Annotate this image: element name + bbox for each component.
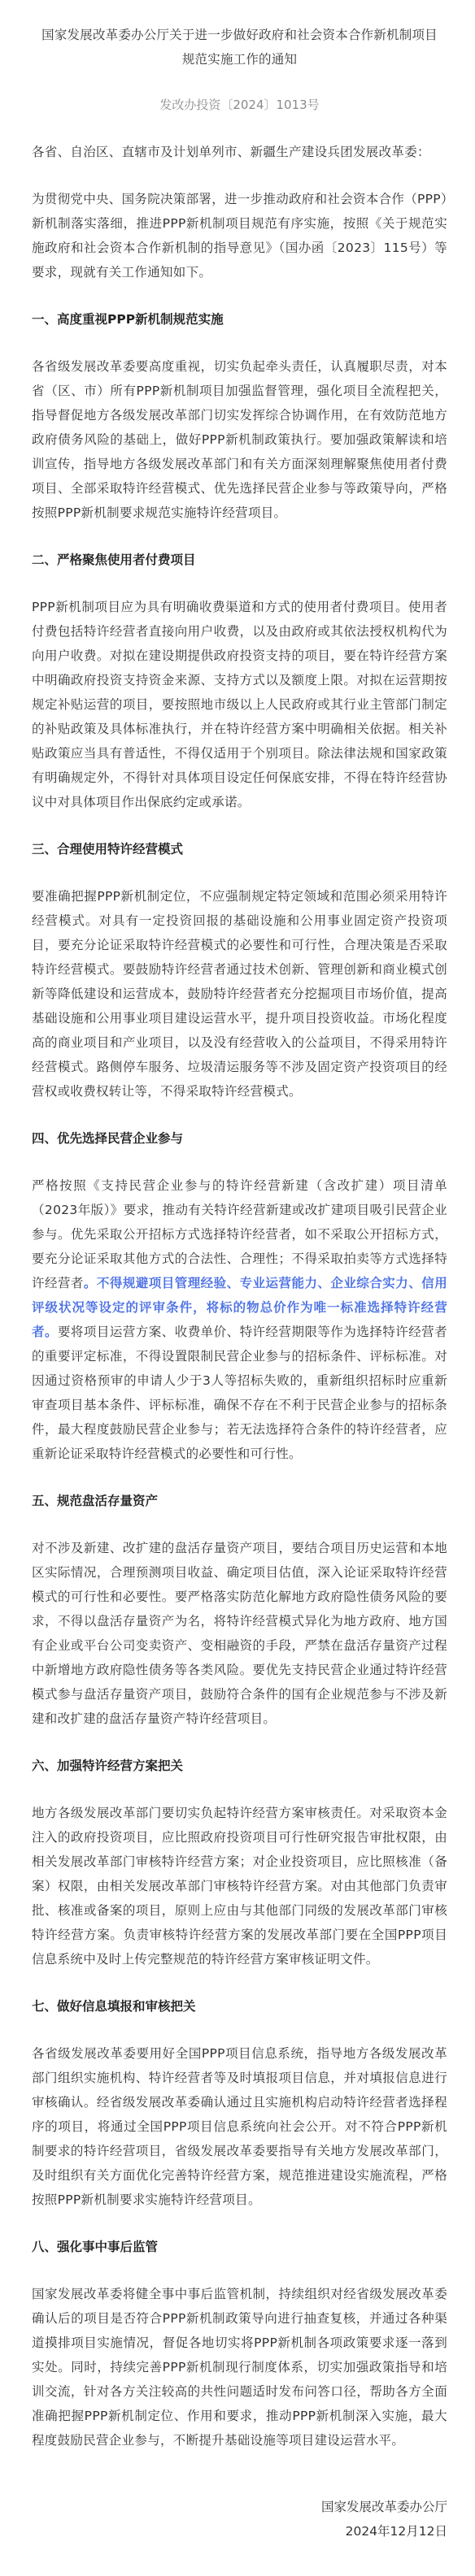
section-4-heading: 四、优先选择民营企业参与 [32,1126,447,1151]
section-7-heading: 七、做好信息填报和审核把关 [32,1994,447,2019]
section-2-heading: 二、严格聚焦使用者付费项目 [32,548,447,572]
section-1-heading: 一、高度重视PPP新机制规范实施 [32,307,447,332]
section-3-heading: 三、合理使用特许经营模式 [32,837,447,861]
intro-paragraph: 为贯彻党中央、国务院决策部署，进一步推动政府和社会资本合作（PPP）新机制落实落… [32,187,447,284]
section-6-body: 地方各级发展改革部门要切实负起特许经营方案审核责任。对采取资本金注入的政府投资项… [32,1801,447,1971]
section-4-body-end: 要将项目运营方案、收费单价、特许经营期限等作为选择特许经营者的重要评定标准，不得… [32,1325,447,1461]
section-5-heading: 五、规范盘活存量资产 [32,1489,447,1513]
section-6-heading: 六、加强特许经营方案把关 [32,1754,447,1778]
section-4-body: 严格按照《支持民营企业参与的特许经营新建（含改扩建）项目清单（2023年版）》要… [32,1173,447,1466]
section-5-body: 对不涉及新建、改扩建的盘活存量资产项目，要结合项目历史运营和本地区实际情况，合理… [32,1536,447,1731]
signature-block: 国家发展改革委办公厅 2024年12月12日 [32,2495,447,2543]
section-8-body: 国家发展改革委将健全事中事后监管机制，持续组织对经省级发展改革委确认后的项目是否… [32,2282,447,2452]
section-3-body: 要准确把握PPP新机制定位，不应强制规定特定领域和范围必须采用特许经营模式。对具… [32,884,447,1104]
document-number: 发改办投资〔2024〕1013号 [32,93,447,117]
issue-date: 2024年12月12日 [32,2519,447,2543]
section-4-body-start: 严格按照《支持民营企业参与的特许经营新建（含改扩建）项目清单（2023年版）》要… [32,1178,447,1290]
notice-document: 国家发展改革委办公厅关于进一步做好政府和社会资本合作新机制项目规范实施工作的通知… [0,0,475,2576]
section-1-body: 各省级发展改革委要高度重视，切实负起牵头责任，认真履职尽责，对本省（区、市）所有… [32,354,447,525]
document-title: 国家发展改革委办公厅关于进一步做好政府和社会资本合作新机制项目规范实施工作的通知 [32,23,447,72]
issuer-name: 国家发展改革委办公厅 [32,2495,447,2519]
section-7-body: 各省级发展改革委要用好全国PPP项目信息系统，指导地方各级发展改革部门组织实施机… [32,2041,447,2212]
salutation: 各省、自治区、直辖市及计划单列市、新疆生产建设兵团发展改革委： [32,140,447,164]
section-8-heading: 八、强化事中事后监管 [32,2235,447,2259]
section-2-body: PPP新机制项目应为具有明确收费渠道和方式的使用者付费项目。使用者付费包括特许经… [32,595,447,814]
